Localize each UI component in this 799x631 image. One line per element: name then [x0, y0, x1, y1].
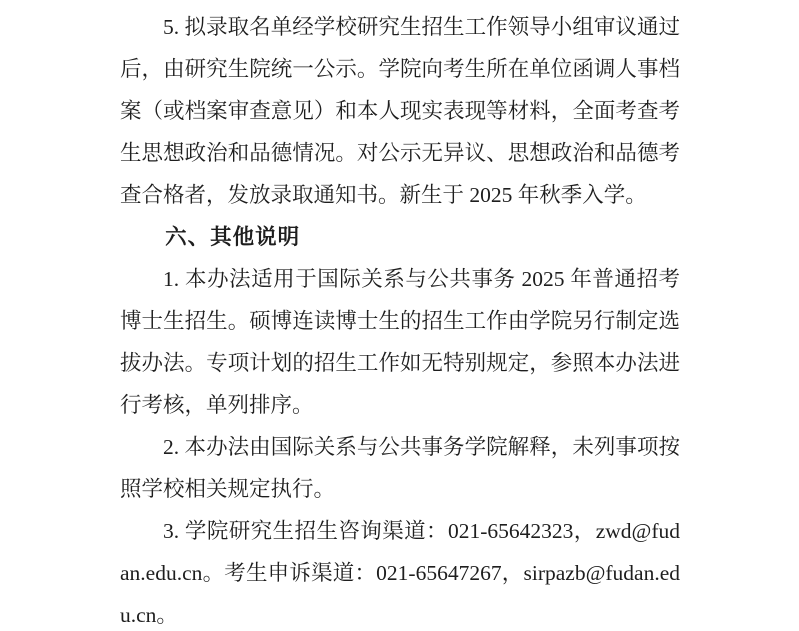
- paragraph-interpretation: 2. 本办法由国际关系与公共事务学院解释，未列事项按照学校相关规定执行。: [120, 426, 680, 510]
- section-heading-other-notes: 六、其他说明: [120, 216, 680, 258]
- paragraph-admission-list: 5. 拟录取名单经学校研究生招生工作领导小组审议通过后，由研究生院统一公示。学院…: [120, 6, 680, 216]
- paragraph-scope: 1. 本办法适用于国际关系与公共事务 2025 年普通招考博士生招生。硕博连读博…: [120, 258, 680, 426]
- paragraph-contact-info: 3. 学院研究生招生咨询渠道：021-65642323，zwd@fudan.ed…: [120, 510, 680, 631]
- document-page: 5. 拟录取名单经学校研究生招生工作领导小组审议通过后，由研究生院统一公示。学院…: [0, 0, 799, 631]
